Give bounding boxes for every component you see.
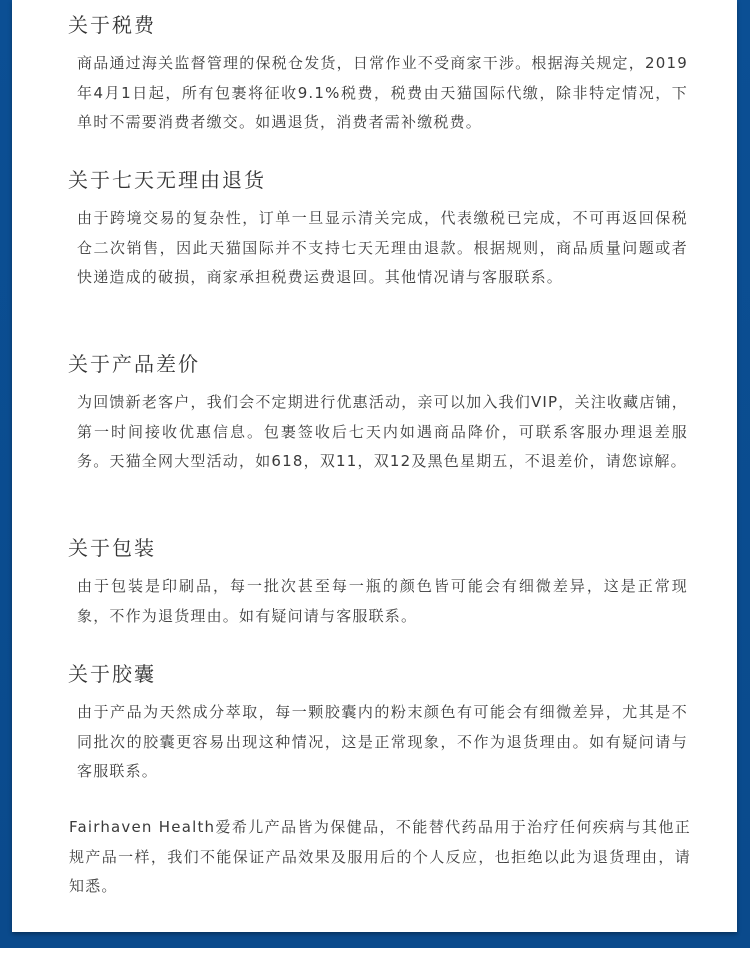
- section-price-difference: 关于产品差价 为回馈新老客户，我们会不定期进行优惠活动，亲可以加入我们VIP，关…: [68, 351, 688, 477]
- section-title: 关于包装: [68, 535, 688, 561]
- notice-card: 关于税费 商品通过海关监督管理的保税仓发货，日常作业不受商家干涉。根据海关规定，…: [12, 0, 737, 932]
- section-body: 为回馈新老客户，我们会不定期进行优惠活动，亲可以加入我们VIP，关注收藏店铺，第…: [68, 388, 688, 477]
- section-body: 商品通过海关监督管理的保税仓发货，日常作业不受商家干涉。根据海关规定，2019年…: [68, 49, 688, 138]
- section-seven-day-return: 关于七天无理由退货 由于跨境交易的复杂性，订单一旦显示清关完成，代表缴税已完成，…: [68, 167, 688, 293]
- section-capsules: 关于胶囊 由于产品为天然成分萃取，每一颗胶囊内的粉末颜色有可能会有细微差异，尤其…: [68, 661, 688, 787]
- section-body: 由于包装是印刷品，每一批次甚至每一瓶的颜色皆可能会有细微差异，这是正常现象，不作…: [68, 572, 688, 631]
- section-body: 由于产品为天然成分萃取，每一颗胶囊内的粉末颜色有可能会有细微差异，尤其是不同批次…: [68, 698, 688, 787]
- section-tax: 关于税费 商品通过海关监督管理的保税仓发货，日常作业不受商家干涉。根据海关规定，…: [68, 12, 688, 138]
- section-title: 关于胶囊: [68, 661, 688, 687]
- disclaimer-text: Fairhaven Health爱希儿产品皆为保健品，不能替代药品用于治疗任何疾…: [69, 813, 691, 902]
- section-packaging: 关于包装 由于包装是印刷品，每一批次甚至每一瓶的颜色皆可能会有细微差异，这是正常…: [68, 535, 688, 631]
- section-title: 关于税费: [68, 12, 688, 38]
- section-body: 由于跨境交易的复杂性，订单一旦显示清关完成，代表缴税已完成，不可再返回保税仓二次…: [68, 204, 688, 293]
- section-title: 关于七天无理由退货: [68, 167, 688, 193]
- section-title: 关于产品差价: [68, 351, 688, 377]
